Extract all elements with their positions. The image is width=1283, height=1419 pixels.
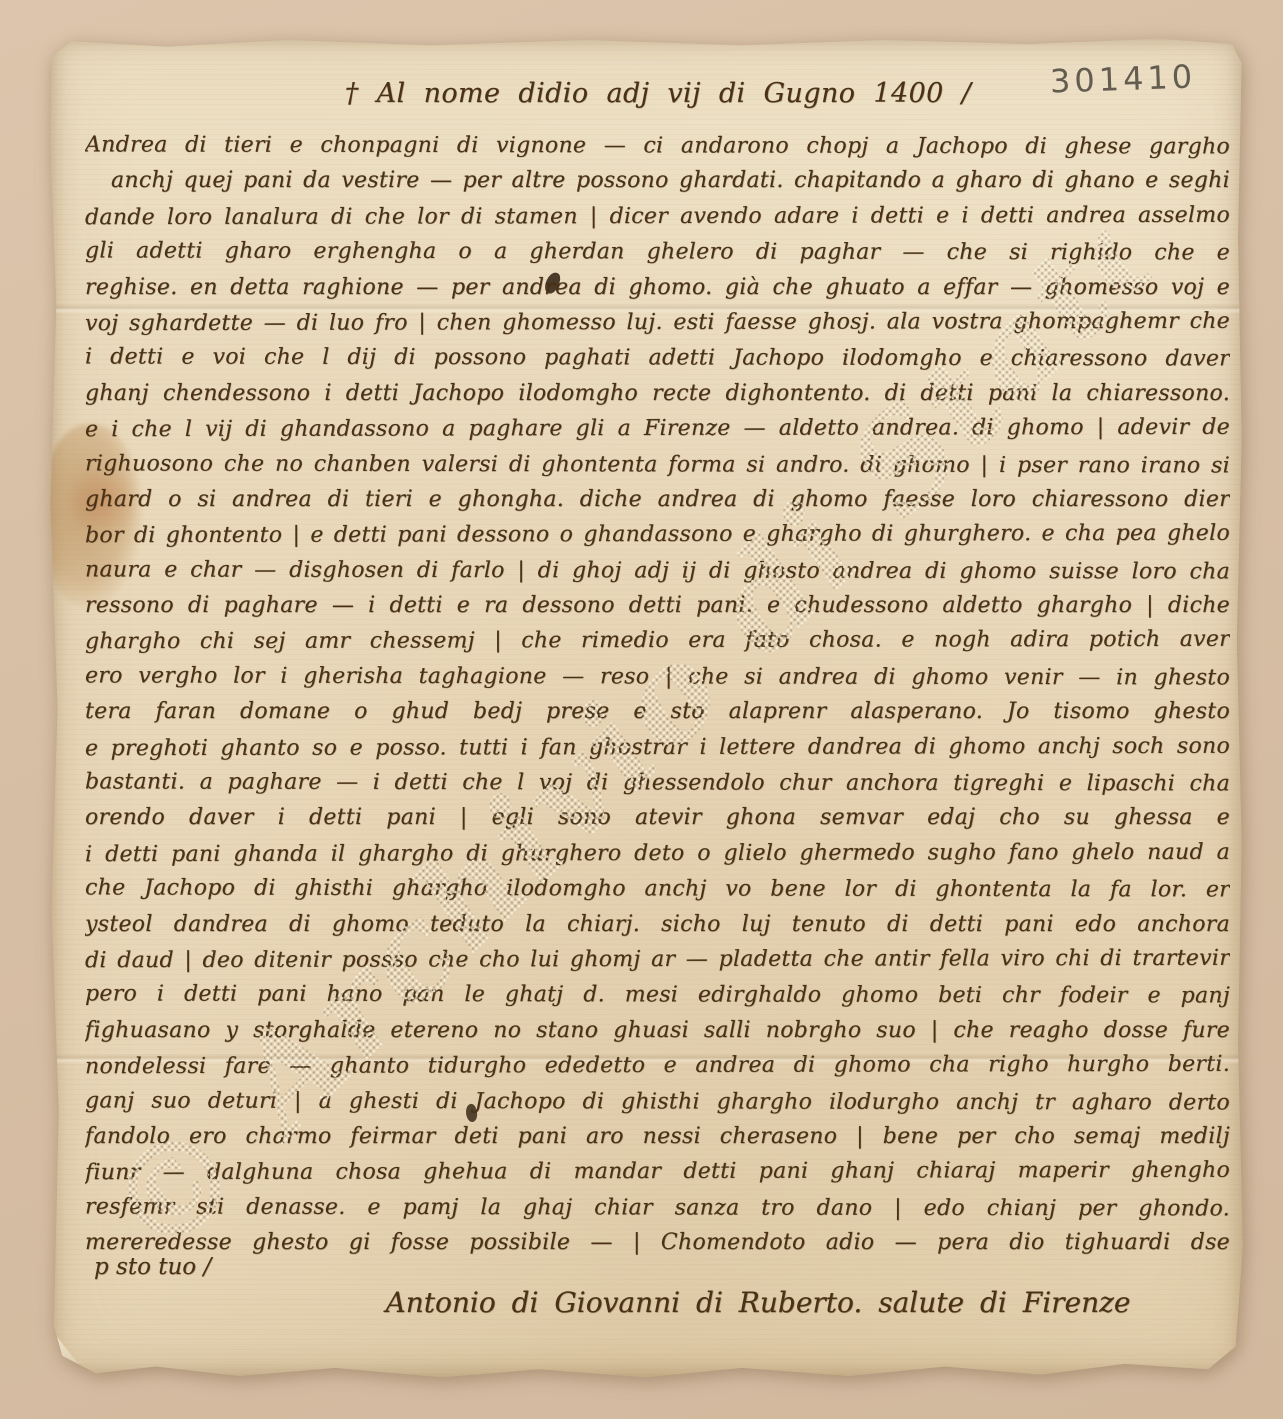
manuscript-line: voj sghardette — di luo fro | chen ghome… xyxy=(85,304,1230,342)
heading-dateline: † Al nome didio adj vij di Gugno 1400 / xyxy=(326,78,990,109)
manuscript-line: bastanti. a paghare — i detti che l voj … xyxy=(85,764,1230,801)
manuscript-line: resfemr sti denasse. e pamj la ghaj chia… xyxy=(85,1189,1230,1226)
manuscript-line: che Jachopo di ghisthi ghargho ilodomgho… xyxy=(85,871,1230,908)
manuscript-line: righuosono che no chanben valersi di gho… xyxy=(85,446,1230,483)
manuscript-line: nondelessi fare — ghanto tidurgho ededet… xyxy=(85,1047,1230,1085)
manuscript-line: mereredesse ghesto gi fosse possibile — … xyxy=(85,1225,1230,1260)
manuscript-line: bor di ghontento | e detti pani dessono … xyxy=(85,516,1230,554)
manuscript-line: ghargho chi sej amr chessemj | che rimed… xyxy=(85,622,1230,660)
manuscript-line: e i che l vij di ghandassono a paghare g… xyxy=(85,410,1230,448)
bottom-left-corner-fold xyxy=(54,1334,88,1376)
manuscript-line: orendo daver i detti pani | egli sono at… xyxy=(85,800,1230,835)
manuscript-line: tera faran domane o ghud bedj prese e st… xyxy=(85,694,1230,729)
manuscript-line: dande loro lanalura di che lor di stamen… xyxy=(85,198,1230,236)
manuscript-line: anchj quej pani da vestire — per altre p… xyxy=(85,163,1230,198)
manuscript-line: i detti pani ghanda il ghargho di ghurgh… xyxy=(85,835,1230,873)
body-text: Andrea di tieri e chonpagni di vignone —… xyxy=(85,128,1230,1261)
manuscript-line: ghanj chendessono i detti Jachopo ilodom… xyxy=(85,376,1230,411)
manuscript-line: e preghoti ghanto so e posso. tutti i fa… xyxy=(85,728,1230,766)
manuscript-line: ero vergho lor i gherisha taghagione — r… xyxy=(85,658,1230,695)
paper-sheet-wrapper: 301410 † Al nome didio adj vij di Gugno … xyxy=(48,36,1244,1380)
manuscript-line: i detti e voi che l dij di possono pagha… xyxy=(85,340,1230,377)
manuscript-line: gli adetti gharo erghengha o a gherdan g… xyxy=(85,234,1230,271)
closing-line: p sto tuo / xyxy=(94,1254,211,1280)
manuscript-line: reghise. en detta raghione — per andrea … xyxy=(85,270,1230,305)
signature-line: Antonio di Giovanni di Ruberto. salute d… xyxy=(348,1286,1168,1319)
manuscript-line: ressono di paghare — i detti e ra desson… xyxy=(85,588,1230,623)
manuscript-line: fiunr — dalghuna chosa ghehua di mandar … xyxy=(85,1153,1230,1191)
manuscript-line: di daud | deo ditenir possso che cho lui… xyxy=(85,941,1230,979)
archive-number: 301410 xyxy=(1049,57,1196,100)
manuscript-line: ganj suo deturi | a ghesti di Jachopo di… xyxy=(85,1083,1230,1120)
manuscript-line: Andrea di tieri e chonpagni di vignone —… xyxy=(85,127,1230,164)
manuscript-line: fighuasano y storghalde etereno no stano… xyxy=(85,1013,1230,1048)
manuscript-line: naura e char — disghosen di farlo | di g… xyxy=(85,552,1230,589)
manuscript-line: pero i detti pani hano pan le ghatj d. m… xyxy=(85,977,1230,1014)
manuscript-scan-backdrop: 301410 † Al nome didio adj vij di Gugno … xyxy=(0,0,1283,1419)
manuscript-line: fandolo ero charmo feirmar deti pani aro… xyxy=(85,1119,1230,1154)
manuscript-page: 301410 † Al nome didio adj vij di Gugno … xyxy=(48,36,1244,1380)
manuscript-line: ghard o si andrea di tieri e ghongha. di… xyxy=(85,482,1230,517)
manuscript-line: ysteol dandrea di ghomo teduto la chiarj… xyxy=(85,907,1230,942)
